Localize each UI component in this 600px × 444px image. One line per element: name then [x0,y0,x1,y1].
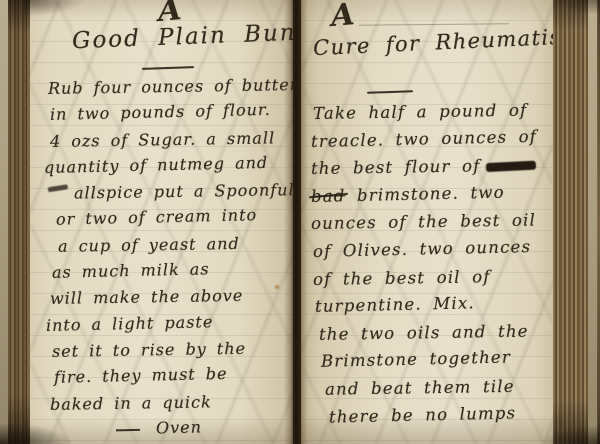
manuscript-line: Oven [44,412,291,444]
right-page-header-letter: A [330,0,356,34]
manuscript-line: turpentine. Mix. [311,288,554,321]
manuscript-line: quantity of nutmeg and [44,149,291,181]
title-underline-rule [367,90,413,94]
foxing-spot [274,284,280,290]
manuscript-line: of Olives. two ounces [311,232,554,265]
manuscript-line: there be no lumps [311,398,554,431]
manuscript-line: Brimstone together [311,343,554,376]
right-page-body: Take half a pound of treacle. two ounces… [311,100,553,431]
manuscript-line: in two pounds of flour. [44,97,291,129]
manuscript-line: bad brimstone. two [311,177,554,210]
manuscript-line: or two of cream into [44,202,291,234]
left-page-body: Rub four ounces of butter in two pounds … [44,76,290,444]
manuscript-line-text: allspice put a Spoonful [74,180,295,202]
manuscript-book-photo: A Good Plain Bun Rub four ounces of butt… [0,0,600,444]
ink-dash [116,428,140,431]
manuscript-line: into a light paste [44,307,291,339]
book-spine-page-edges-left [0,0,30,444]
left-page: A Good Plain Bun Rub four ounces of butt… [30,0,293,444]
title-underline-rule [142,66,194,70]
left-page-title: Good Plain Bun [72,20,297,55]
struck-out-word: bad [311,186,346,206]
header-flourish-line [359,23,509,26]
manuscript-line: treacle. two ounces of [311,122,554,155]
manuscript-line: fire. they must be [44,360,291,392]
ink-blot-scribble [486,161,536,173]
manuscript-line: as much milk as [44,255,291,287]
ink-scribble [48,184,69,192]
manuscript-line-text: brimstone. two [357,182,505,204]
right-page: A Cure for Rheumatism Take half a pound … [301,0,553,444]
book-gutter-shadow [284,0,308,444]
manuscript-line-text: the best flour of [311,157,481,179]
manuscript-line-text: Oven [156,417,202,437]
book-fore-edge-right [553,0,600,444]
